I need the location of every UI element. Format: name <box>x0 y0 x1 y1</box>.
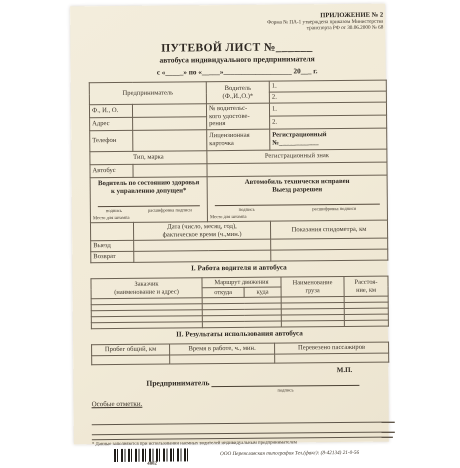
empty-cell <box>170 354 275 364</box>
empty-cell <box>202 321 281 328</box>
info-table: Предприниматель Водитель (Ф.,И.,О.)* 1. … <box>89 80 389 264</box>
special-notes-label: Особые отметки. <box>92 398 389 409</box>
stamp-abbr: М.П. <box>91 366 388 377</box>
table-row: Возврат <box>91 249 388 263</box>
table-row <box>92 353 389 365</box>
route-from-cell: откуда <box>202 288 244 298</box>
vehicle-ok-title: Автомобиль технически исправен Выезд раз… <box>210 178 385 195</box>
section1-title: I. Работа водителя и автобуса <box>90 263 387 274</box>
work-table: Заказчик (наименование и адрес) Маршрут … <box>90 276 388 330</box>
license-1-cell: 1. <box>269 102 386 116</box>
mileage-header-cell: Пробег общий, км <box>92 344 170 356</box>
empty-cell <box>92 355 170 365</box>
signature-label: подпись <box>212 387 360 393</box>
signature-labels: подпись расшифровка подписи <box>93 207 205 213</box>
table-row: Телефон Лицензионная карточка Регистраци… <box>90 128 387 152</box>
return-speedometer-cell <box>271 249 388 261</box>
barcode-block: 4882 <box>114 449 190 460</box>
date-header-cell: Дата (число, месяц, год), фактическое вр… <box>133 221 270 240</box>
empty-cell <box>281 321 344 328</box>
driver-health-title: Водитель по состоянию здоровья к управле… <box>93 179 205 196</box>
return-date-cell <box>134 250 271 262</box>
vehicle-ok-cell: Автомобиль технически исправен Выезд раз… <box>207 175 387 222</box>
entrepreneur-label: Предприниматель <box>146 378 209 388</box>
signature-label: подпись <box>239 206 255 211</box>
empty-cell <box>275 353 389 363</box>
driver-label-cell: Водитель (Ф.,И.,О.)* <box>206 81 269 104</box>
phone-value-cell <box>133 130 207 152</box>
fio-value-cell <box>132 104 206 118</box>
table-row <box>91 320 388 329</box>
waybill-scanned-page: ПРИЛОЖЕНИЕ № 2 Форма № ПА-1 утверждена п… <box>70 4 389 445</box>
speedometer-header-cell: Показания спидометра, км <box>270 220 387 239</box>
printer-info: ООО Переяславская типография Тел.(факс):… <box>220 450 359 457</box>
phone-label-cell: Телефон <box>90 130 133 151</box>
table-row: Водитель по состоянию здоровья к управле… <box>90 175 387 223</box>
section2-title: II. Результаты использования автобуса <box>91 329 388 340</box>
signature-decode-label: расшифровка подписи <box>148 207 192 213</box>
departure-label-cell: Выезд <box>91 240 134 251</box>
entrepreneur-header-cell: Предприниматель <box>89 82 206 105</box>
driver-health-cell: Водитель по состоянию здоровья к управле… <box>90 177 207 223</box>
return-label-cell: Возврат <box>91 251 134 262</box>
cargo-header-cell: Наименование груза <box>281 277 344 298</box>
route-header-cell: Маршрут движения <box>202 277 281 288</box>
route-to-cell: куда <box>244 287 281 297</box>
form-approval-block: ПРИЛОЖЕНИЕ № 2 Форма № ПА-1 утверждена п… <box>88 12 385 35</box>
signature-decode-label: расшифровка подписи <box>312 205 356 211</box>
license-card-cell: Лицензионная карточка <box>207 129 270 151</box>
stamp-place-label: Место для штампа <box>210 212 385 219</box>
signature-line <box>211 377 359 387</box>
signature-labels: подпись расшифровка подписи <box>210 205 385 212</box>
empty-corner-cell <box>90 222 133 241</box>
results-table: Пробег общий, км Время в работе, ч., мин… <box>91 342 389 366</box>
registration-number-cell: Регистрационный №____________ <box>270 128 387 150</box>
empty-cell <box>91 322 202 329</box>
period-line: с «_____» по «_____»___________________ … <box>89 67 386 78</box>
entrepreneur-signature-field: подпись <box>211 377 359 393</box>
empty-cell <box>344 320 388 326</box>
address-label-cell: Адрес <box>90 117 133 130</box>
distance-header-cell: Расстоя- ние, км <box>344 276 388 296</box>
barcode-icon <box>114 449 190 460</box>
address-value-cell <box>133 117 207 131</box>
page-subtitle: автобуса индивидуального предпринимателя <box>89 54 386 66</box>
waybill-content: ПРИЛОЖЕНИЕ № 2 Форма № ПА-1 утверждена п… <box>88 12 389 460</box>
license-2-cell: 2. <box>270 115 387 129</box>
bus-label-cell: Автобус <box>90 164 133 177</box>
type-brand-header-cell: Тип, марка <box>90 151 207 165</box>
fio-label-cell: Ф., И., О. <box>89 104 132 117</box>
stamp-place-label: Место для штампа <box>93 214 205 220</box>
approval-text: Форма № ПА-1 утверждена приказом Министе… <box>88 20 383 34</box>
entrepreneur-signature-row: Предприниматель подпись <box>146 377 388 394</box>
time-header-cell: Время в работе, ч., мин. <box>170 343 275 355</box>
license-number-label-cell: № водительс- кого удостове- рения <box>206 103 269 130</box>
signature-label: подпись <box>106 207 122 212</box>
customer-header-cell: Заказчик (наименование и адрес) <box>91 278 202 299</box>
bottom-row: 4882 ООО Переяславская типография Тел.(ф… <box>114 447 389 460</box>
bus-type-value-cell <box>133 164 207 178</box>
